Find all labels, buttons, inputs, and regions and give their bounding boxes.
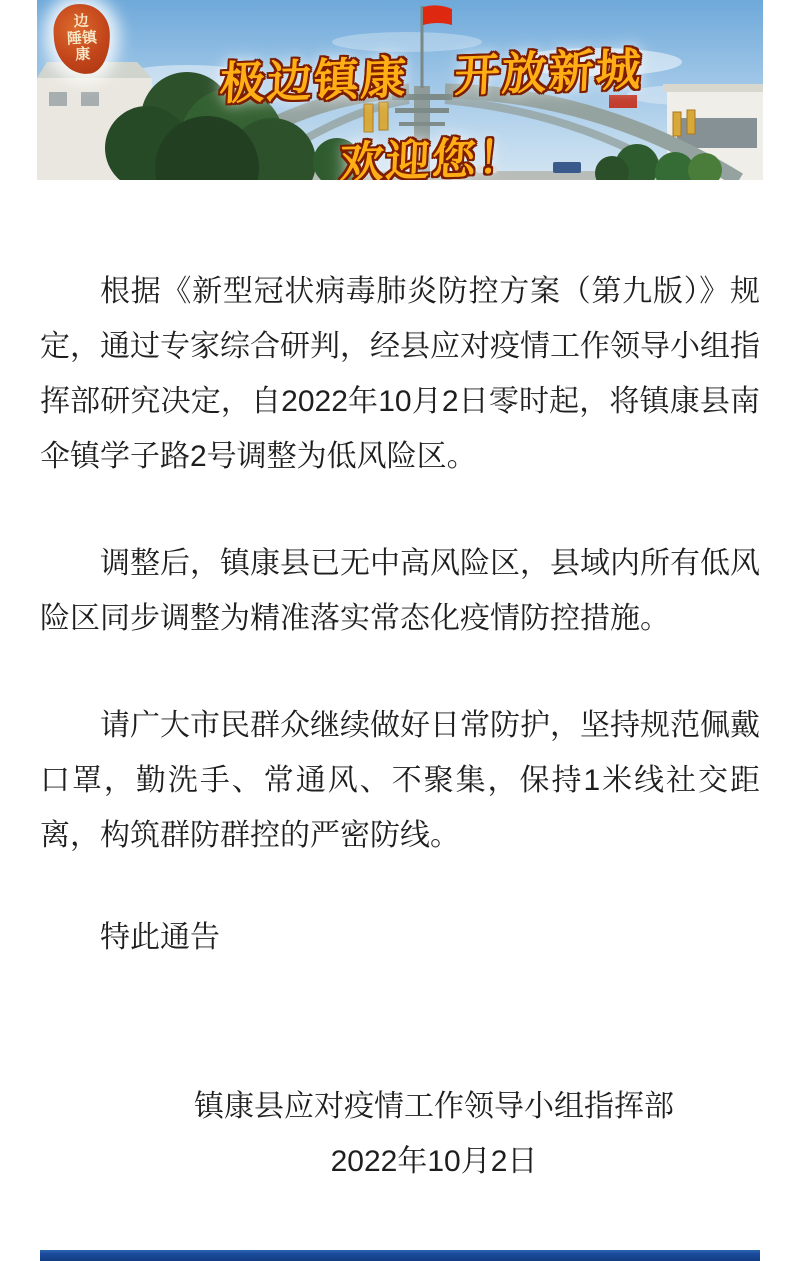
red-flag-icon bbox=[423, 5, 452, 25]
signature-date: 2022年10月2日 bbox=[108, 1134, 760, 1189]
notice-page: 边 陲镇 康 极边镇康 开放新城 欢迎您！ 根据《新型冠状病毒肺炎防控方案（第九… bbox=[0, 0, 800, 1261]
badge-text-line1: 边 bbox=[73, 14, 89, 31]
notice-paragraph-3: 请广大市民群众继续做好日常防护，坚持规范佩戴口罩，勤洗手、常通风、不聚集，保持1… bbox=[40, 698, 760, 863]
badge-text-line3: 康 bbox=[75, 47, 91, 64]
notice-closing: 特此通告 bbox=[40, 910, 760, 965]
notice-paragraph-1: 根据《新型冠状病毒肺炎防控方案（第九版）》规定，通过专家综合研判，经县应对疫情工… bbox=[40, 264, 760, 484]
banner-slogan-line2: 欢迎您！ bbox=[338, 121, 525, 180]
header-banner-image: 边 陲镇 康 极边镇康 开放新城 欢迎您！ bbox=[37, 0, 763, 180]
signature-organization: 镇康县应对疫情工作领导小组指挥部 bbox=[108, 1079, 760, 1134]
footer-divider-bar bbox=[40, 1250, 760, 1261]
notice-body: 根据《新型冠状病毒肺炎防控方案（第九版）》规定，通过专家综合研判，经县应对疫情工… bbox=[0, 180, 800, 1189]
notice-paragraph-2: 调整后，镇康县已无中高风险区，县域内所有低风险区同步调整为精准落实常态化疫情防控… bbox=[40, 536, 760, 646]
signature-block: 镇康县应对疫情工作领导小组指挥部 2022年10月2日 bbox=[40, 1079, 760, 1189]
